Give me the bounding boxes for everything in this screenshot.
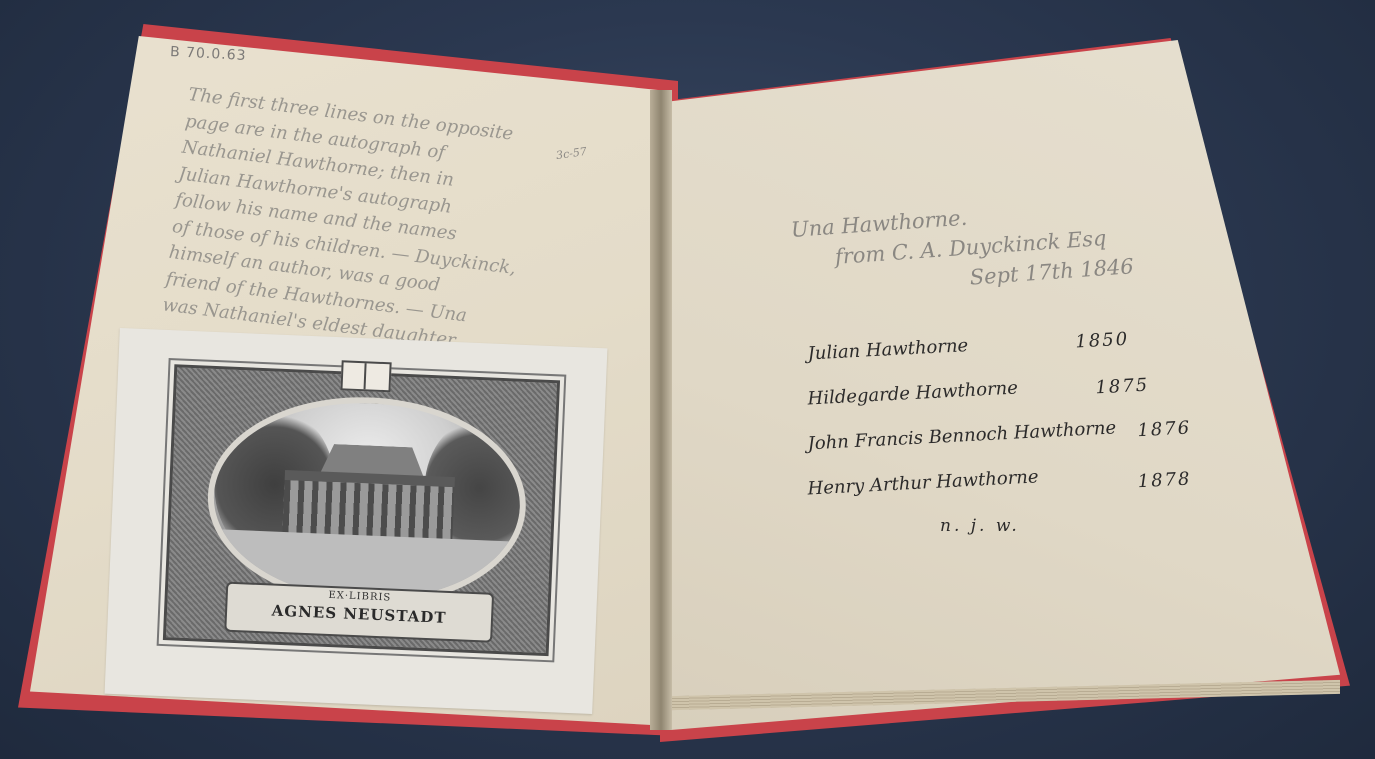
open-book: B 70.0.63 3c-57 The first three lines on… bbox=[0, 0, 1375, 759]
year: 1876 bbox=[1137, 417, 1192, 441]
bookplate: EX·LIBRIS AGNES NEUSTADT bbox=[105, 328, 608, 714]
book-gutter bbox=[650, 90, 672, 730]
open-book-icon bbox=[340, 360, 391, 392]
house-vignette bbox=[204, 391, 530, 612]
bookplate-banner: EX·LIBRIS AGNES NEUSTADT bbox=[224, 582, 494, 643]
year: 1878 bbox=[1137, 468, 1192, 492]
bookplate-engraving: EX·LIBRIS AGNES NEUSTADT bbox=[163, 364, 560, 656]
year: 1850 bbox=[1075, 329, 1130, 353]
monogram: n. j. w. bbox=[940, 516, 1020, 536]
year: 1875 bbox=[1095, 375, 1150, 399]
family-names-list: Julian Hawthorne 1850 Hildegarde Hawthor… bbox=[808, 333, 1208, 513]
pencil-note: The first three lines on the opposite pa… bbox=[161, 82, 587, 367]
person-name: Julian Hawthorne bbox=[807, 335, 969, 364]
